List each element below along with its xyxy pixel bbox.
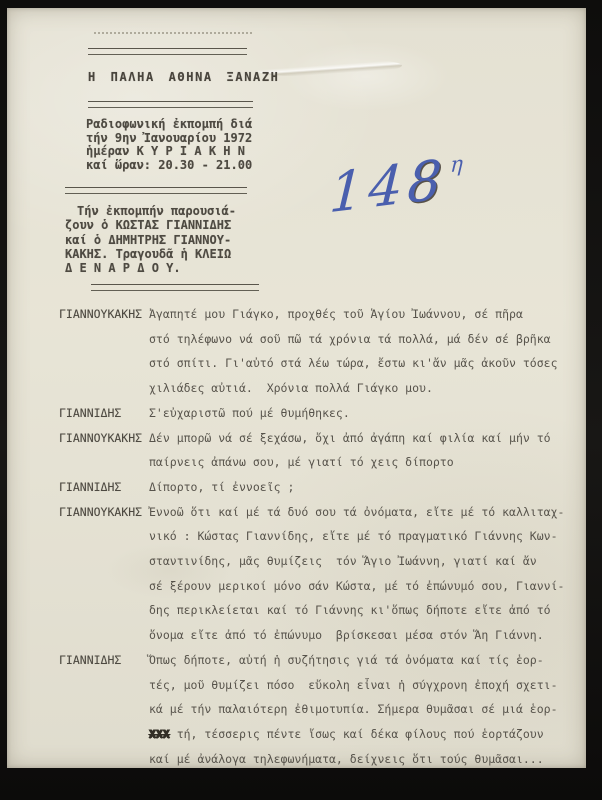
overstruck-text: ΧΧΧ	[149, 727, 170, 741]
typed-text-line: καί ὥραν: 20.30 - 21.00	[86, 159, 252, 173]
handwritten-digit-overwritten: 8	[406, 147, 448, 216]
dialogue-line: ΧΧΧ τή, τέσσερις πέντε ἴσως καί δέκα φίλ…	[149, 722, 575, 747]
dialogue-block: ΓΙΑΝΝΙΔΗΣΣ'εὐχαριστῶ πού μέ θυμήθηκες.	[59, 401, 575, 426]
dialogue-line: καί μέ ἀνάλογα τηλεφωνήματα, δείχνεις ὅτ…	[149, 747, 575, 772]
handwritten-ordinal-suffix: η	[450, 151, 464, 177]
typed-text-line: καί ὁ ΔΗΜΗΤΡΗΣ ΓΙΑΝΝΟΥ-	[65, 233, 236, 247]
dialogue-line: σέ ξέρουν μερικοί μόνο σάν Κώστα, μέ τό …	[149, 574, 575, 599]
handwritten-episode-number: 148η	[328, 146, 461, 226]
double-rule-above-presenters	[65, 187, 247, 194]
typed-text-line: Τήν ἐκπομπήν παρουσιά-	[65, 204, 236, 218]
dialogue-line: σταντινίδης, μᾶς θυμίζεις τόν Ἅγιο Ἰωάνν…	[149, 549, 575, 574]
dialogue-line: παίρνεις ἀπάνω σου, μέ γιατί τό χεις δίπ…	[149, 450, 575, 475]
dialogue-line: τές, μοῦ θυμίζει πόσο εὔκολη εἶναι ἡ σύγ…	[149, 673, 575, 698]
typed-text-line: Δ Ε Ν Α Ρ Δ Ο Υ.	[65, 261, 236, 275]
speaker-label: ΓΙΑΝΝΙΔΗΣ	[59, 475, 121, 500]
dialogue-line: Δίπορτο, τί ἐννοεῖς ;	[149, 475, 575, 500]
dialogue-block: ΓΙΑΝΝΟΥΚΑΚΗΣἈγαπητέ μου Γιάγκο, προχθές …	[59, 302, 575, 401]
page-title: Η ΠΑΛΗΑ ΑΘΗΝΑ ΞΑΝΑΖΗ	[88, 70, 280, 84]
broadcast-info-block: Ραδιοφωνική ἐκπομπή διάτήν 9ην Ἰανουαρίο…	[86, 118, 252, 172]
typed-text-line: ἡμέραν Κ Υ Ρ Ι Α Κ Η Ν	[86, 145, 252, 159]
speaker-label: ΓΙΑΝΝΟΥΚΑΚΗΣ	[59, 426, 142, 451]
speaker-label: ΓΙΑΝΝΙΔΗΣ	[59, 401, 121, 426]
dialogue-block: ΓΙΑΝΝΟΥΚΑΚΗΣΔέν μπορῶ νά σέ ξεχάσω, ὄχι …	[59, 426, 575, 475]
speaker-label: ΓΙΑΝΝΟΥΚΑΚΗΣ	[59, 500, 142, 525]
dialogue-line: ὄνομα εἴτε ἀπό τό ἐπώνυμο βρίσκεσαι μέσα…	[149, 623, 575, 648]
scan-background: Η ΠΑΛΗΑ ΑΘΗΝΑ ΞΑΝΑΖΗ Ραδιοφωνική ἐκπομπή…	[0, 0, 602, 800]
speaker-label: ΓΙΑΝΝΟΥΚΑΚΗΣ	[59, 302, 142, 327]
double-rule-below-presenters	[91, 284, 259, 291]
dialogue-script: ΓΙΑΝΝΟΥΚΑΚΗΣἈγαπητέ μου Γιάγκο, προχθές …	[59, 302, 575, 771]
typed-text-line: ζουν ὁ ΚΩΣΤΑΣ ΓΙΑΝΝΙΔΗΣ	[65, 218, 236, 232]
double-rule-above-title	[88, 48, 247, 55]
typed-text-line: ΚΑΚΗΣ. Τραγουδᾶ ἡ ΚΛΕΙΩ	[65, 247, 236, 261]
dialogue-block: ΓΙΑΝΝΙΔΗΣὍπως δήποτε, αὐτή ἡ συζήτησις γ…	[59, 648, 575, 772]
presenters-block: Τήν ἐκπομπήν παρουσιά-ζουν ὁ ΚΩΣΤΑΣ ΓΙΑΝ…	[65, 204, 236, 275]
speaker-label: ΓΙΑΝΝΙΔΗΣ	[59, 648, 121, 673]
dialogue-block: ΓΙΑΝΝΟΥΚΑΚΗΣἘννοῶ ὅτι καί μέ τά δυό σου …	[59, 500, 575, 648]
dialogue-line: στό τηλέφωνο νά σοῦ πῶ τά χρόνια τά πολλ…	[149, 327, 575, 352]
dialogue-line: στό σπίτι. Γι'αὐτό στά λέω τώρα, ἔστω κι…	[149, 351, 575, 376]
dialogue-line: νικό : Κώστας Γιαννίδης, εἴτε μέ τό πραγ…	[149, 524, 575, 549]
dialogue-line: Ἐννοῶ ὅτι καί μέ τά δυό σου τά ὀνόματα, …	[149, 500, 575, 525]
top-dotted-rule	[94, 32, 252, 34]
dialogue-line: Ἀγαπητέ μου Γιάγκο, προχθές τοῦ Ἁγίου Ἰω…	[149, 302, 575, 327]
handwritten-digits: 14	[328, 152, 409, 225]
dialogue-block: ΓΙΑΝΝΙΔΗΣΔίπορτο, τί ἐννοεῖς ;	[59, 475, 575, 500]
dialogue-line: Δέν μπορῶ νά σέ ξεχάσω, ὄχι ἀπό ἀγάπη κα…	[149, 426, 575, 451]
typed-text-line: τήν 9ην Ἰανουαρίου 1972	[86, 132, 252, 146]
double-rule-below-title	[88, 101, 253, 108]
dialogue-line: δης περικλείεται καί τό Γιάννης κι'ὅπως …	[149, 598, 575, 623]
dialogue-line: Ὅπως δήποτε, αὐτή ἡ συζήτησις γιά τά ὀνό…	[149, 648, 575, 673]
dialogue-line: κά μέ τήν παλαιότερη ἐθιμοτυπία. Σήμερα …	[149, 697, 575, 722]
typed-text-line: Ραδιοφωνική ἐκπομπή διά	[86, 118, 252, 132]
dialogue-line: Σ'εὐχαριστῶ πού μέ θυμήθηκες.	[149, 401, 575, 426]
dialogue-line: χιλιάδες αὐτιά. Χρόνια πολλά Γιάγκο μου.	[149, 376, 575, 401]
document-page: Η ΠΑΛΗΑ ΑΘΗΝΑ ΞΑΝΑΖΗ Ραδιοφωνική ἐκπομπή…	[7, 8, 586, 768]
